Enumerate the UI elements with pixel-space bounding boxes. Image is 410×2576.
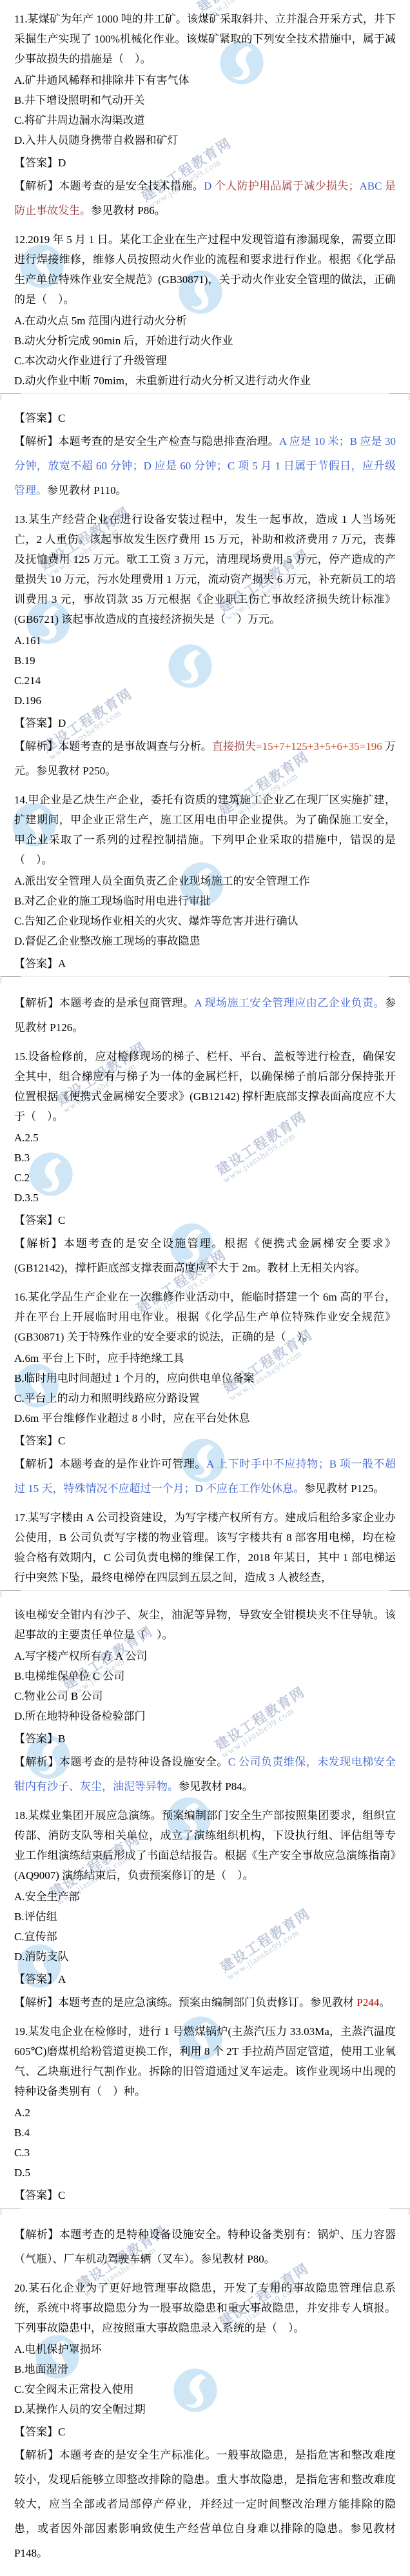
answer-value: C [58,1435,65,1447]
answer-line: 【答案】D [14,153,396,173]
question-stem: 14.甲企业是乙炔生产企业，委托有资质的建筑施工企业乙在现厂区实施扩建，扩建期间… [14,790,396,870]
option-c: C.告知乙企业现场作业相关的火灾、爆炸等危害并进行确认 [14,911,396,931]
option-a: A.在动火点 5m 范围内进行动火分析 [14,311,396,331]
analysis-line: 【解析】本题考查的是安全生产标准化。一般事故隐患，是指危害和整改难度较小，发现后… [14,2443,396,2566]
answer-label: 【答案】 [14,1973,58,1985]
question-stem: 15.设备检修前，应对检修现场的梯子、栏杆、平台、盖板等进行检查，确保安全其中，… [14,1047,396,1126]
analysis-label: 【解析】 [14,1996,58,2009]
answer-line: 【答案】A [14,954,396,974]
option-b: B.地面湿滑 [14,2359,396,2379]
analysis-segment: 本题考查的是特种设备设施安全。特种设备类别有：锅炉、压力容器（气瓶）、厂车机动驾… [14,2228,396,2265]
option-b: B.19 [14,651,396,671]
analysis-segment: =15+7+125+3+5+6+35=196 [256,740,382,752]
option-b: B.3 [14,1148,396,1168]
option-c: C.宣传部 [14,1927,396,1947]
answer-label: 【答案】 [14,717,58,729]
option-a: A.6m 平台上下时，应手持绝缘工具 [14,1348,396,1368]
option-b: B.4 [14,2123,396,2143]
option-a: A.矿井通风稀释和排除井下有害气体 [14,70,396,90]
answer-line: 【答案】C [14,1431,396,1451]
analysis-label: 【解析】 [14,1237,64,1250]
option-c: C.安全阀未正常投入使用 [14,2379,396,2399]
question-stem-continued: 该电梯安全钳内有沙子、灰尘，油泥等异物，导致安全钳模块夹不住导轨。该起事故的主要… [14,1605,396,1645]
question-stem: 17.某写字楼由 A 公司投资建设，为写字楼产权所有方。建成后租给多家企业办公使… [14,1508,396,1588]
option-c: C.本次动火作业进行了升级管理 [14,351,396,371]
option-d: D.动火作业中断 70mim，未重新进行动火分析又进行动火作业 [14,371,396,391]
answer-value: C [58,1214,65,1226]
question-stem: 13.某生产经营企业在进行设备安装过程中，发生一起事故，造成 1 人当场死亡，2… [14,509,396,629]
answer-value: C [58,2189,65,2201]
analysis-line: 【解析】本题考查的是事故调查与分析。直接损失=15+7+125+3+5+6+35… [14,734,396,783]
option-a: A.2 [14,2103,396,2123]
analysis-label: 【解析】 [14,180,59,192]
option-d: D.6m 平台维修作业超过 8 小时，应在平台处休息 [14,1408,396,1428]
analysis-segment: 个人防护用品属于减少损失； [215,180,360,192]
answer-line: 【答案】A [14,1969,396,1989]
document-content: 11.某煤矿为年产 1000 吨的井工矿。该煤矿采取斜井、立并混合开采方式，井下… [14,9,396,2566]
analysis-line: 【解析】本题考查的是安全生产检查与隐患排查治理。A 应是 10 米；B 应是 3… [14,429,396,503]
option-d: D.某操作人员的安全帽过期 [14,2399,396,2419]
answer-label: 【答案】 [14,2426,58,2438]
analysis-line: 【解析】本题考查的是安全设施管理。根据《便携式金属梯安全要求》(GB12142)… [14,1232,396,1281]
answer-line: 【答案】B [14,1729,396,1749]
option-a: A.派出安全管理人员全面负责乙企业现场施工的安全管理工作 [14,871,396,891]
question-block-17: 17.某写字楼由 A 公司投资建设，为写字楼产权所有方。建成后租给多家企业办公使… [14,1508,396,1799]
question-block-14: 14.甲企业是乙炔生产企业，委托有资质的建筑施工企业乙在现厂区实施扩建，扩建期间… [14,790,396,1040]
analysis-line: 【解析】本题考查的是特种设备设施安全。C 公司负责维保，未发现电梯安全钳内有沙子… [14,1750,396,1799]
option-c: C.平台上的动力和照明线路应分路设置 [14,1388,396,1408]
option-b: B.井下增设照明和气动开关 [14,90,396,110]
analysis-segment: D [204,180,215,192]
answer-line: 【答案】D [14,713,396,733]
option-d: D.消防支队 [14,1947,396,1967]
analysis-line: 【解析】本题考查的是承包商管理。A 现场施工安全管理应由乙企业负责。参见教材 P… [14,991,396,1040]
answer-value: C [58,412,65,424]
option-a: A.161 [14,631,396,651]
question-stem: 19.某发电企业在检修时，进行 1 号燃煤锅炉(主蒸汽压力 33.03Ma，主蒸… [14,2021,396,2101]
question-stem: 12.2019 年 5 月 1 日。某化工企业在生产过程中发现管道有渗漏现象，需… [14,230,396,310]
analysis-line: 【解析】本题考查的是特种设备设施安全。特种设备类别有：锅炉、压力容器（气瓶）、厂… [14,2223,396,2272]
option-d: D.督促乙企业整改施工现场的事故隐患 [14,931,396,951]
page-break [0,2208,410,2219]
analysis-label: 【解析】 [14,740,58,752]
answer-value: A [58,958,66,970]
option-c: C.3 [14,2143,396,2163]
analysis-segment: 本题考查的是安全技术措施。 [59,180,204,192]
page-break [0,1590,410,1601]
analysis-segment: 。 [379,1996,390,2009]
question-block-16: 16.某化学品生产企业在一次维修作业活动中，能临时搭建一个 6m 高的平台，并在… [14,1287,396,1501]
analysis-segment: 本题考查的是特种设备设施安全。 [59,1756,228,1768]
answer-value: A [58,1973,66,1985]
question-block-20: 20.某石化企业为了更好地管理事故隐患，开发了专用的事故隐患管理信息系统，系统中… [14,2278,396,2566]
analysis-segment: 参见教材 P125。 [304,1482,384,1495]
answer-value: D [58,157,66,169]
document-page: 建设工程教育网www.jianshe99.com建设工程教育网www.jians… [0,0,410,2576]
analysis-segment: 本题考查的是事故调查与分析。 [58,740,212,752]
question-block-15: 15.设备检修前，应对检修现场的梯子、栏杆、平台、盖板等进行检查，确保安全其中，… [14,1047,396,1281]
option-b: B.评估组 [14,1907,396,1927]
answer-line: 【答案】C [14,408,396,428]
option-a: A.安全生产部 [14,1887,396,1907]
analysis-segment: 本题考查的是安全生产检查与隐患排查治理。 [58,435,278,447]
analysis-label: 【解析】 [14,435,58,447]
option-c: C.将矿井周边漏水沟渠改道 [14,110,396,130]
analysis-segment: 直接损失 [212,740,256,752]
option-a: A.写字楼产权所有方 A 公司 [14,1646,396,1666]
option-c: C.214 [14,671,396,691]
analysis-segment: A 现场施工安全管理应由乙企业负责。 [194,997,385,1009]
analysis-segment: 本题考查的是安全生产标准化。一般事故隐患，是指危害和整改难度较小，发现后能够立即… [14,2449,396,2559]
analysis-segment: 参见教材 P84。 [179,1780,253,1793]
option-d: D.所在地特种设备检验部门 [14,1706,396,1726]
option-b: B.电梯维保单位 C 公司 [14,1666,396,1686]
question-stem: 16.某化学品生产企业在一次维修作业活动中，能临时搭建一个 6m 高的平台，并在… [14,1287,396,1347]
option-d: D.196 [14,691,396,711]
answer-value: B [58,1733,65,1745]
question-block-13: 13.某生产经营企业在进行设备安装过程中，发生一起事故，造成 1 人当场死亡，2… [14,509,396,783]
answer-label: 【答案】 [14,2189,58,2201]
question-block-19: 19.某发电企业在检修时，进行 1 号燃煤锅炉(主蒸汽压力 33.03Ma，主蒸… [14,2021,396,2272]
option-b: B.临时用电时间超过 1 个月的，应向供电单位备案 [14,1368,396,1388]
analysis-segment: ABC [360,180,386,192]
analysis-segment: 本题考查的是作业许可管理。 [59,1458,206,1470]
page-break [0,393,410,404]
analysis-label: 【解析】 [14,1458,59,1470]
answer-line: 【答案】C [14,2185,396,2205]
question-block-11: 11.某煤矿为年产 1000 吨的井工矿。该煤矿采取斜井、立并混合开采方式，井下… [14,9,396,223]
analysis-label: 【解析】 [14,2449,59,2461]
analysis-segment: P244 [356,1996,379,2009]
analysis-label: 【解析】 [14,997,59,1009]
answer-label: 【答案】 [14,1435,58,1447]
analysis-line: 【解析】本题考查的是应急演练。预案由编制部门负责修订。参见教材 P244。 [14,1991,396,2015]
answer-label: 【答案】 [14,1733,58,1745]
page-break [0,976,410,987]
answer-value: D [58,717,66,729]
option-c: C.物业公司 B 公司 [14,1686,396,1706]
answer-line: 【答案】C [14,2422,396,2442]
option-d: D.入井人员随身携带自救器和矿灯 [14,130,396,150]
analysis-label: 【解析】 [14,2228,59,2241]
analysis-label: 【解析】 [14,1756,59,1768]
question-block-12: 12.2019 年 5 月 1 日。某化工企业在生产过程中发现管道有渗漏现象，需… [14,230,396,503]
answer-label: 【答案】 [14,1214,58,1226]
option-a: A.2.5 [14,1128,396,1148]
option-a: A.电机保护罩损坏 [14,2339,396,2359]
answer-value: C [58,2426,65,2438]
answer-label: 【答案】 [14,412,58,424]
option-d: D.5 [14,2163,396,2183]
option-b: B.动火分析完成 90min 后，开始进行动火作业 [14,331,396,351]
analysis-segment: 本题考查的是承包商管理。 [59,997,195,1009]
answer-label: 【答案】 [14,157,58,169]
analysis-line: 【解析】本题考查的是作业许可管理。A 上下时手中不应持物；B 项一般不超过 15… [14,1452,396,1501]
analysis-segment: 本题考查的是应急演练。预案由编制部门负责修订。参见教材 [58,1996,356,2009]
analysis-line: 【解析】本题考查的是安全技术措施。D 个人防护用品属于减少损失；ABC 是防止事… [14,174,396,223]
option-c: C.2 [14,1168,396,1188]
analysis-segment: 参见教材 P110。 [47,484,127,497]
answer-label: 【答案】 [14,958,58,970]
question-stem: 20.某石化企业为了更好地管理事故隐患，开发了专用的事故隐患管理信息系统，系统中… [14,2278,396,2338]
answer-line: 【答案】C [14,1210,396,1230]
option-b: B.对乙企业的施工现场临时用电进行审批 [14,891,396,911]
analysis-segment: 本题考查的是安全设施管理。根据《便携式金属梯安全要求》(GB12142)，撑杆距… [14,1237,396,1274]
question-stem: 18.某煤业集团开展应急演练。预案编制部门安全生产部按照集团要求，组织宣传部、消… [14,1805,396,1885]
analysis-segment: 参见教材 P86。 [91,204,166,217]
question-block-18: 18.某煤业集团开展应急演练。预案编制部门安全生产部按照集团要求，组织宣传部、消… [14,1805,396,2015]
option-d: D.3.5 [14,1188,396,1208]
question-stem: 11.某煤矿为年产 1000 吨的井工矿。该煤矿采取斜井、立并混合开采方式，井下… [14,9,396,69]
